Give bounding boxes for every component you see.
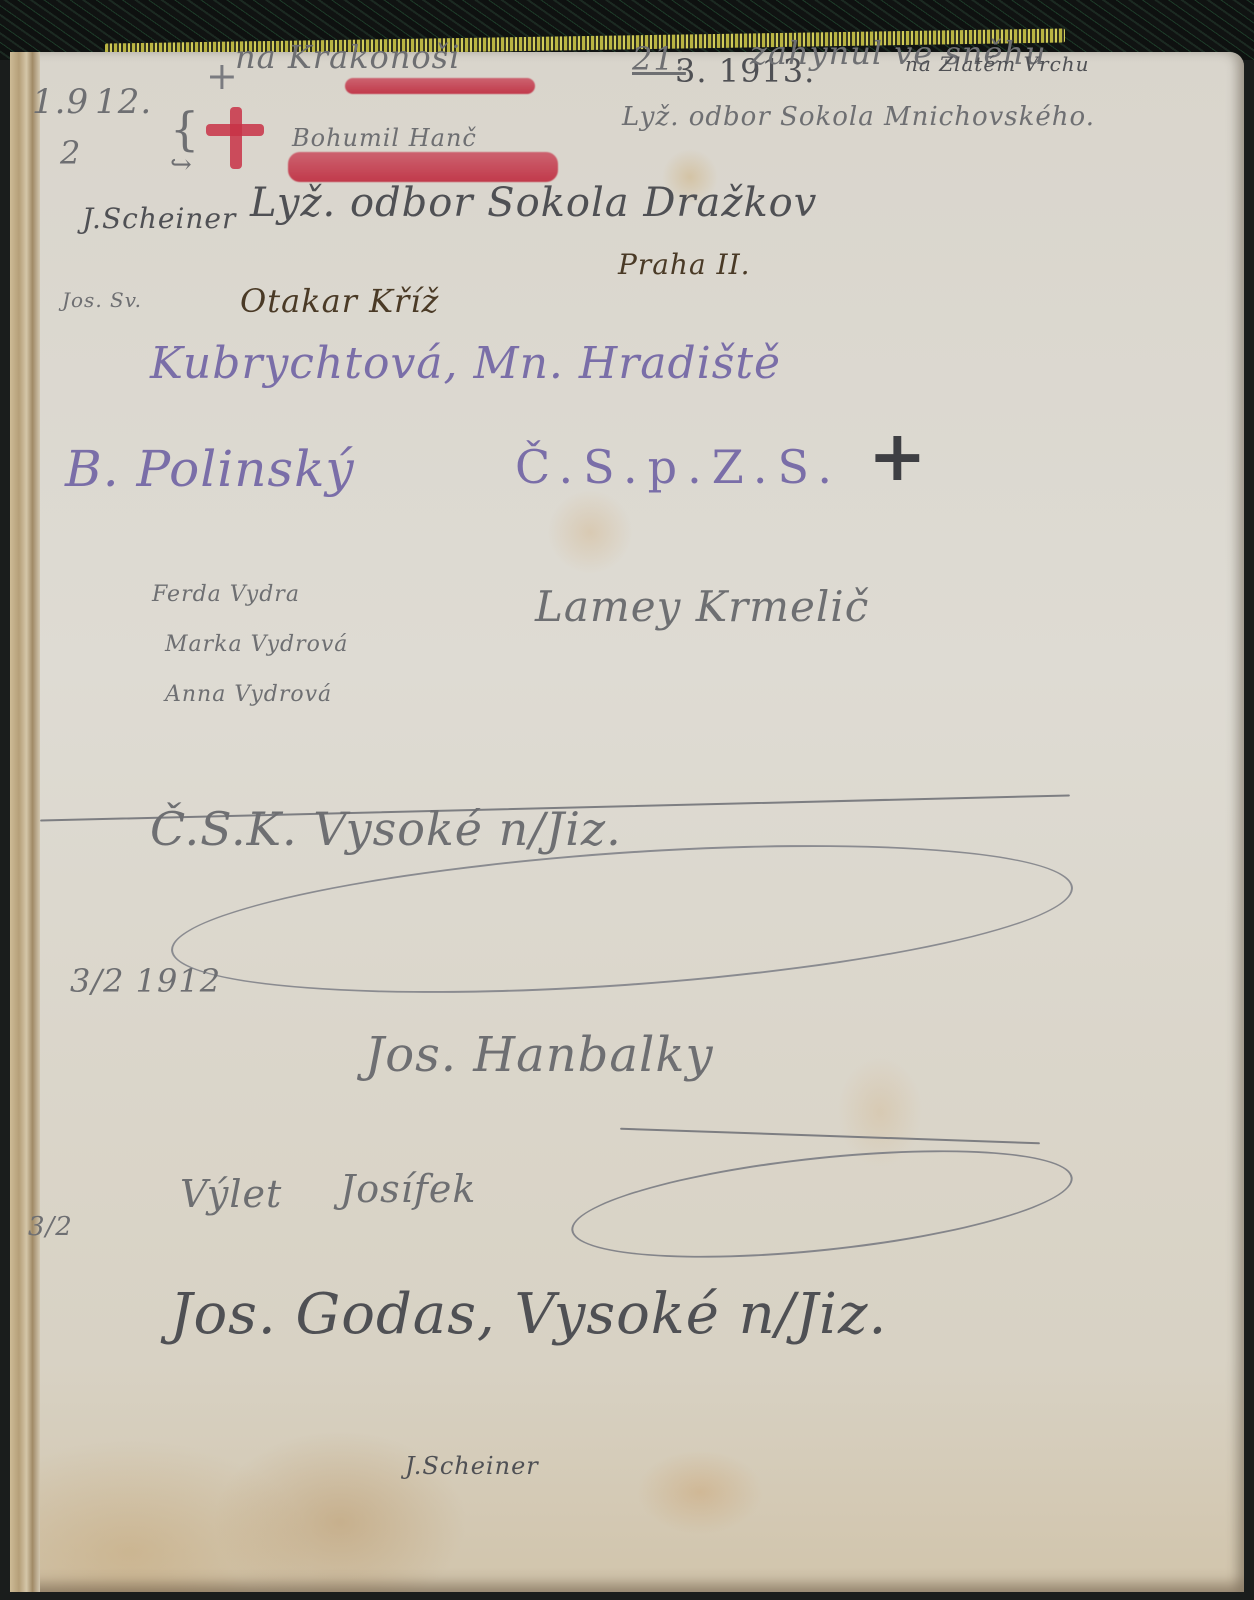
red-crayon-stroke-top <box>345 78 535 94</box>
date-left-numerator: 1.9 <box>32 82 89 122</box>
entry-scheiner-1: J.Scheiner <box>82 202 236 235</box>
entry-cspzs: Č.S.p.Z.S. <box>515 440 842 494</box>
entry-anna: Anna Vydrová <box>165 682 332 707</box>
note-place: na Zlatém Vrchu <box>905 52 1090 76</box>
page-gutter <box>10 52 40 1592</box>
name-bohumil-hanc: Bohumil Hanč <box>292 124 477 152</box>
entry-date-2: 3/2 1912 <box>70 962 221 1000</box>
entry-club-drazkov: Lyž. odbor Sokola Dražkov <box>250 180 817 226</box>
entry-date-3: 3/2 <box>28 1212 73 1242</box>
underline-hanbalky <box>620 1128 1040 1145</box>
entry-vylet: Výlet <box>180 1172 282 1216</box>
arrow-icon: ↪ <box>170 150 193 180</box>
entry-polinsky: B. Polinský <box>65 440 355 498</box>
entry-jos-sv: Jos. Sv. <box>62 288 142 312</box>
entry-jos-hanbalky: Jos. Hanbalky <box>365 1027 714 1083</box>
cross-icon: + <box>206 54 238 98</box>
club-mnichovsky: Lyž. odbor Sokola Mnichovského. <box>622 102 1095 132</box>
entry-otakar: Otakar Kříž <box>240 282 439 320</box>
red-cross-icon-horizontal <box>206 124 264 136</box>
entry-kubrychtova: Kubrychtová, Mn. Hradiště <box>150 338 781 389</box>
entry-csk: Č.S.K. Vysoké n/Jiz. <box>150 802 622 856</box>
brace-symbol: { <box>170 102 200 156</box>
entry-signature-mid: Lamey Krmelič <box>535 582 869 631</box>
note-krakonos: na Krakonoši <box>235 38 460 76</box>
date-left: 1.912. <box>32 82 152 122</box>
cross-icon: + <box>868 414 927 497</box>
red-cross-icon-vertical <box>230 107 242 169</box>
date-left-suffix: 12. <box>95 82 152 122</box>
red-crayon-stroke-bottom <box>288 152 558 182</box>
date-left-denominator: 2 <box>60 134 81 172</box>
book-page: 1.912. 2 { + ↪ na Krakonoši 21. 3. 1913.… <box>10 52 1244 1592</box>
entry-marka: Marka Vydrová <box>165 632 348 657</box>
entry-josifek: Josífek <box>340 1167 476 1211</box>
entry-ferda: Ferda Vydra <box>152 582 300 607</box>
entry-praha: Praha II. <box>618 248 751 281</box>
flourish-loop-2 <box>566 1131 1077 1277</box>
entry-jos-godas: Jos. Godas, Vysoké n/Jiz. <box>170 1282 887 1347</box>
entry-scheiner-2: J.Scheiner <box>405 1452 539 1480</box>
